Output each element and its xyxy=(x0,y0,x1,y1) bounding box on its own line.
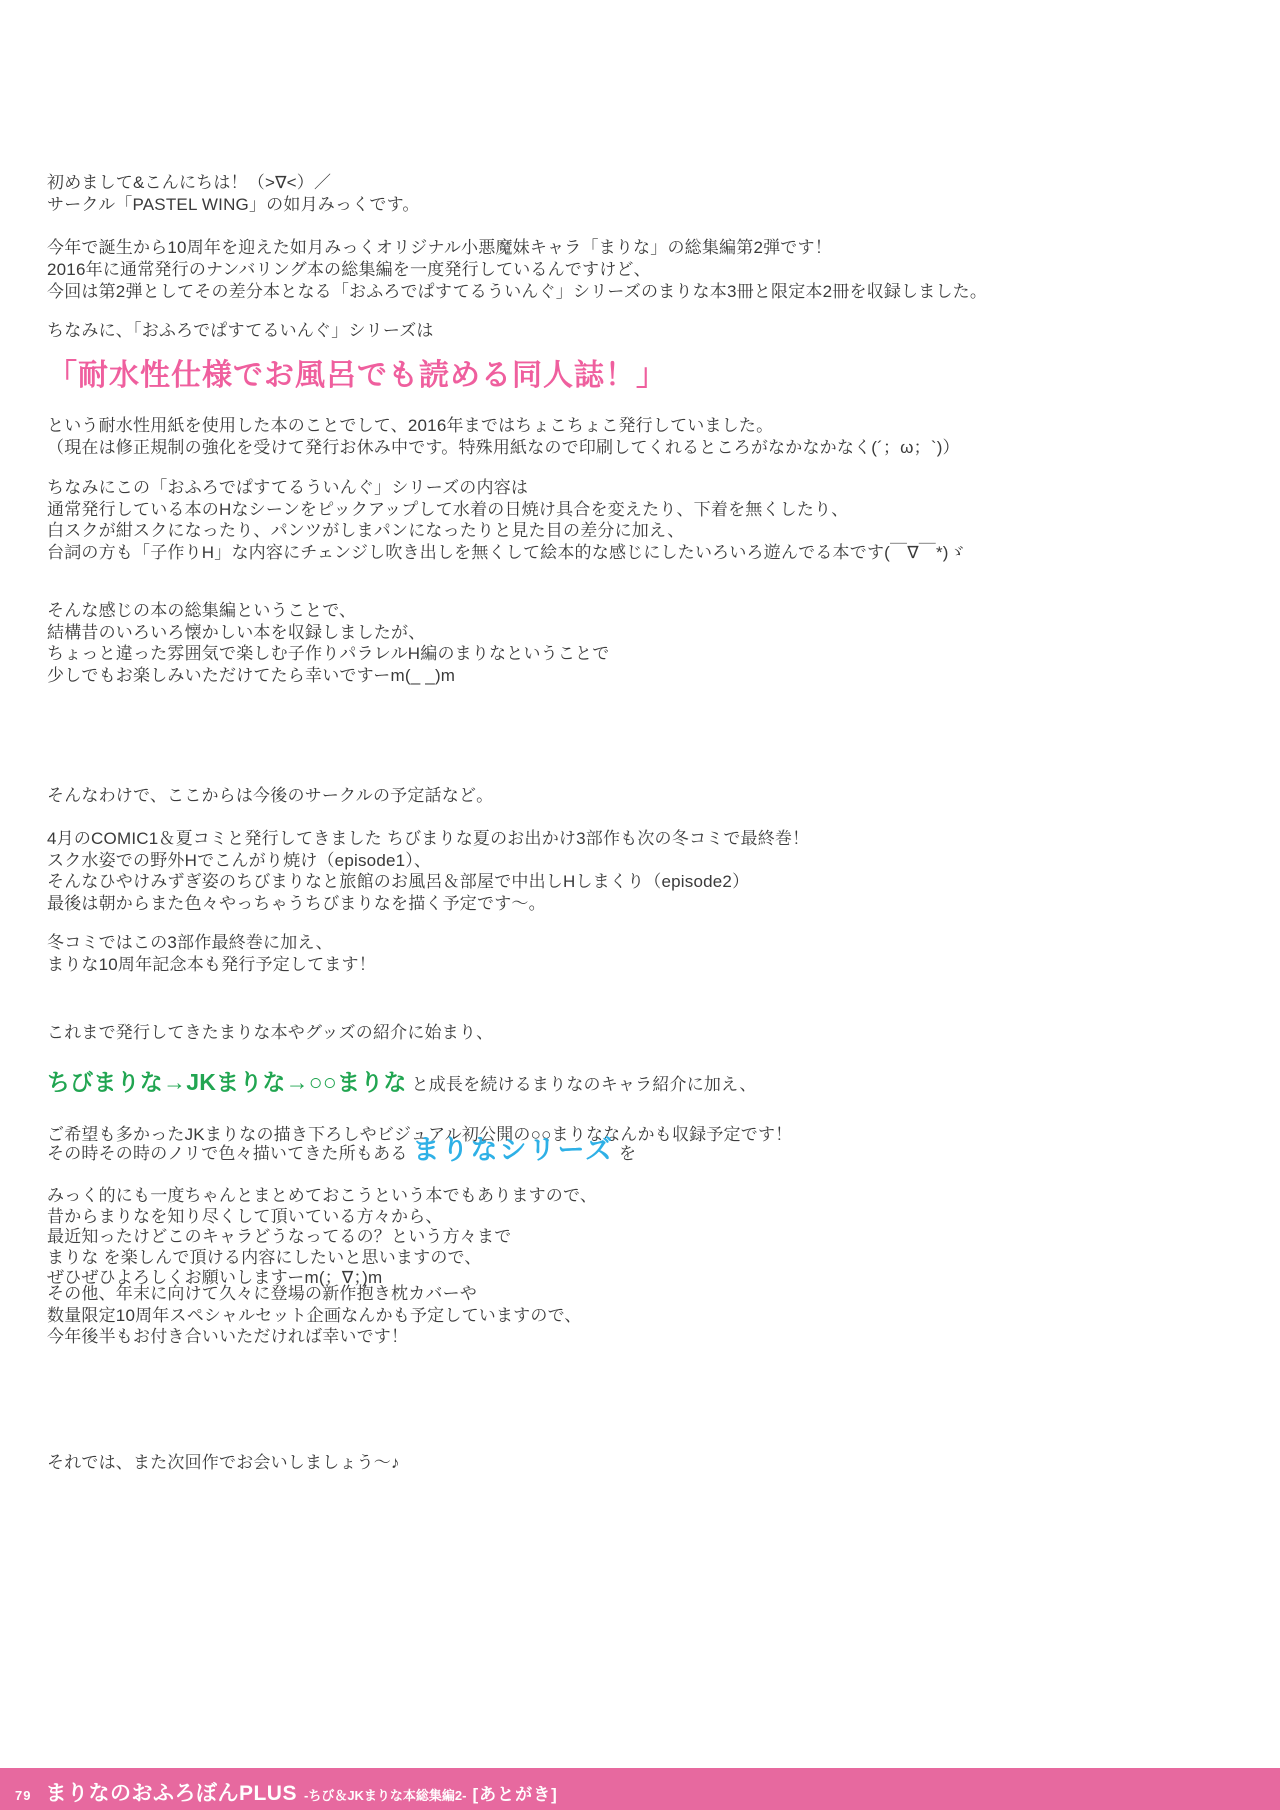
series-line-pre: その時その時のノリで色々描いてきた所もある xyxy=(47,1144,412,1163)
footer-book-title: まりなのおふろぼんPLUS xyxy=(45,1777,297,1807)
marina-series-paragraph: その時その時のノリで色々描いてきた所もある まりなシリーズ を みっく的にも一度… xyxy=(47,1113,636,1310)
marina-growth-line: ちびまりな→JKまりな→○○まりな と成長を続けるまりなのキャラ紹介に加え、 xyxy=(47,1070,792,1097)
growth-highlight-text: ちびまりな→JKまりな→○○まりな xyxy=(47,1069,407,1095)
series-content-paragraph: ちなみにこの「おふろでぱすてるういんぐ」シリーズの内容は 通常発行している本のH… xyxy=(47,477,966,563)
summer-trilogy-paragraph: 4月のCOMIC1＆夏コミと発行してきました ちびまりな夏のお出かけ3部作も次の… xyxy=(47,828,809,914)
footer-section-label: [あとがき] xyxy=(473,1780,558,1805)
closing-line: それでは、また次回作でお会いしましょう〜♪ xyxy=(47,1452,400,1474)
footer-book-subtitle: -ちび＆JKまりな本総集編2- xyxy=(304,1785,467,1804)
afterword-page: 初めまして&こんにちは！（>∇<）／ サークル「PASTEL WING」の如月み… xyxy=(0,0,1280,1810)
series-highlight-text: まりなシリーズ xyxy=(412,1135,614,1165)
marina-books-line1: これまで発行してきたまりな本やグッズの紹介に始まり、 xyxy=(47,1020,792,1045)
winter-comiket-paragraph: 冬コミではこの3部作最終巻に加え、 まりな10周年記念本も発行予定してます！ xyxy=(47,932,376,975)
marina-series-rest: みっく的にも一度ちゃんとまとめておこうという本でもありますので、 昔からまりなを… xyxy=(47,1186,636,1289)
page-footer: 79 まりなのおふろぼんPLUS -ちび＆JKまりな本総集編2- [あとがき] xyxy=(0,1768,1280,1810)
anniversary-paragraph: 今年で誕生から10周年を迎えた如月みっくオリジナル小悪魔妹キャラ「まりな」の総集… xyxy=(47,237,987,303)
series-lead-line: ちなみに、「おふろでぱすてるいんぐ」シリーズは xyxy=(47,320,434,342)
growth-line-rest: と成長を続けるまりなのキャラ紹介に加え、 xyxy=(407,1075,757,1094)
series-line-post: を xyxy=(614,1144,636,1163)
future-plans-lead: そんなわけで、ここからは今後のサークルの予定話など。 xyxy=(47,785,493,807)
compilation-paragraph: そんな感じの本の総集編ということで、 結構昔のいろいろ懐かしい本を収録しましたが… xyxy=(47,600,609,686)
year-end-plans-paragraph: その他、年末に向けて久々に登場の新作抱き枕カバーや 数量限定10周年スペシャルセ… xyxy=(47,1283,582,1348)
waterproof-paper-paragraph: という耐水性用紙を使用した本のことでして、2016年まではちょこちょこ発行してい… xyxy=(47,415,960,459)
greeting-paragraph: 初めまして&こんにちは！（>∇<）／ サークル「PASTEL WING」の如月み… xyxy=(47,172,420,216)
waterproof-doujinshi-heading: 「耐水性仕様でお風呂でも読める同人誌！」 xyxy=(47,350,667,394)
marina-series-line1: その時その時のノリで色々描いてきた所もある まりなシリーズ を xyxy=(47,1135,636,1165)
page-number: 79 xyxy=(15,1788,31,1803)
